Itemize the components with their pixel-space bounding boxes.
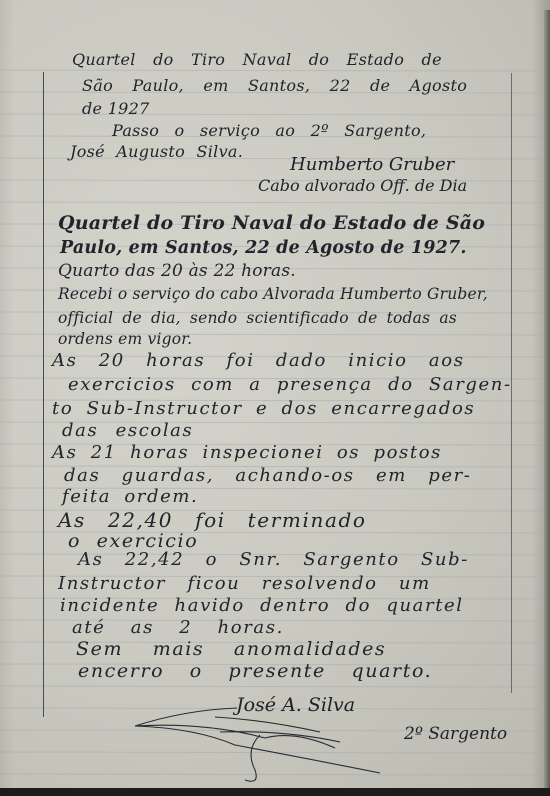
entry2-body-line: incidente havido dentro do quartel <box>60 595 464 616</box>
signatory-title: 2º Sargento <box>404 724 507 744</box>
entry2-heading-line: ordens em vigor. <box>58 330 192 348</box>
entry2-body-line: Sem mais anomalidades <box>76 638 386 660</box>
entry1-line: José Augusto Silva. <box>70 142 243 161</box>
entry2-body-line: As 21 horas inspecionei os postos <box>52 442 442 463</box>
left-margin-rule <box>43 72 44 717</box>
entry2-heading-line: Paulo, em Santos, 22 de Agosto de 1927. <box>60 238 467 258</box>
entry2-body-line: As 20 horas foi dado inicio aos <box>52 350 465 371</box>
signature-jose-silva: José A. Silva <box>236 694 355 716</box>
entry2-body-line: to Sub-Instructor e dos encarregados <box>52 398 475 419</box>
signature-humberto-gruber: Humberto Gruber <box>290 154 454 175</box>
entry2-heading-line: official de dia, sendo scientificado de … <box>58 309 457 327</box>
entry1-line: Quartel do Tiro Naval do Estado de <box>72 50 442 69</box>
entry1-line: Passo o serviço ao 2º Sargento, <box>112 121 426 140</box>
entry2-body-line: feita ordem. <box>62 486 198 507</box>
entry2-body-line: das guardas, achando-os em per- <box>64 465 471 486</box>
entry2-body-line: exercicios com a presença do Sargen- <box>68 374 512 395</box>
entry2-heading-line: Recebi o serviço do cabo Alvorada Humber… <box>58 285 488 303</box>
entry2-body-line: das escolas <box>62 420 193 441</box>
entry2-body-line: encerro o presente quarto. <box>78 660 432 682</box>
logbook-page: Quartel do Tiro Naval do Estado de São P… <box>0 0 550 788</box>
book-bottom-edge <box>0 788 550 796</box>
entry2-heading-line: Quarto das 20 às 22 horas. <box>58 261 296 281</box>
entry2-body-line: As 22,40 foi terminado <box>58 508 367 532</box>
entry1-line: São Paulo, em Santos, 22 de Agosto <box>82 76 467 95</box>
entry2-heading-line: Quartel do Tiro Naval do Estado de São <box>58 212 485 234</box>
entry2-body-line: As 22,42 o Snr. Sargento Sub- <box>78 549 469 570</box>
entry2-body-line: Instructor ficou resolvendo um <box>58 573 431 594</box>
entry1-line: de 1927 <box>82 99 150 118</box>
page-edge <box>544 10 550 788</box>
signatory-title: Cabo alvorado Off. de Dia <box>258 176 467 195</box>
entry2-body-line: até as 2 horas. <box>72 617 284 638</box>
